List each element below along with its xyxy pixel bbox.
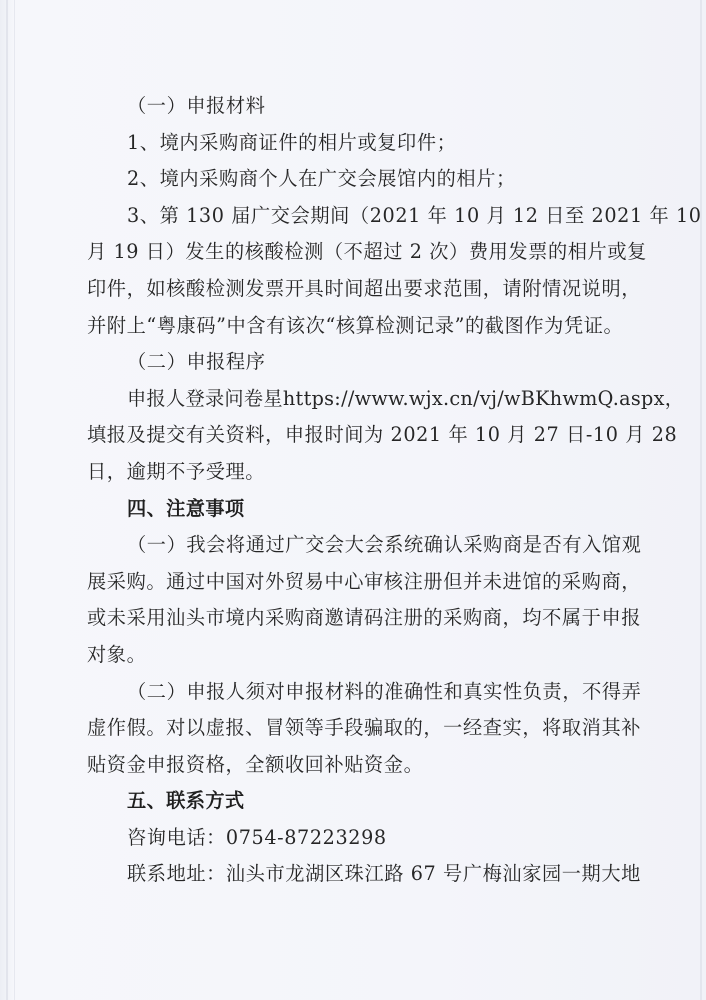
subheading-text: （一）申报材料 xyxy=(87,88,609,125)
paragraph-line: 2、境内采购商个人在广交会展馆内的相片； xyxy=(87,161,609,198)
paragraph-line: 并附上“粤康码”中含有该次“核算检测记录”的截图作为凭证。 xyxy=(87,308,609,345)
paragraph-line: 咨询电话：0754-87223298 xyxy=(87,820,609,857)
paragraph-line: 填报及提交有关资料，申报时间为 2021 年 10 月 27 日-10 月 28 xyxy=(87,417,609,454)
paragraph-line: 虚作假。对以虚报、冒领等手段骗取的，一经查实，将取消其补 xyxy=(87,710,609,747)
scan-edge-right xyxy=(700,0,702,1000)
scan-edge-left xyxy=(6,0,8,1000)
paragraph-line: 或未采用汕头市境内采购商邀请码注册的采购商，均不属于申报 xyxy=(87,600,609,637)
paragraph-line: （二）申报人须对申报材料的准确性和真实性负责，不得弄 xyxy=(87,674,609,711)
paragraph-line: 月 19 日）发生的核酸检测（不超过 2 次）费用发票的相片或复 xyxy=(87,234,609,271)
heading-text: 四、注意事项 xyxy=(87,491,609,528)
scanned-document-page: （一）申报材料 1、境内采购商证件的相片或复印件； 2、境内采购商个人在广交会展… xyxy=(0,0,706,1000)
notes-paragraph-1: （一）我会将通过广交会大会系统确认采购商是否有入馆观 展采购。通过中国对外贸易中… xyxy=(87,527,609,673)
contact-phone: 咨询电话：0754-87223298 xyxy=(87,820,609,857)
paragraph-line: 联系地址：汕头市龙湖区珠江路 67 号广梅汕家园一期大地 xyxy=(87,856,609,893)
heading-contact: 五、联系方式 xyxy=(87,783,609,820)
document-body: （一）申报材料 1、境内采购商证件的相片或复印件； 2、境内采购商个人在广交会展… xyxy=(87,88,609,893)
paragraph-line: 1、境内采购商证件的相片或复印件； xyxy=(87,125,609,162)
notes-paragraph-2: （二）申报人须对申报材料的准确性和真实性负责，不得弄 虚作假。对以虚报、冒领等手… xyxy=(87,674,609,784)
paragraph-line: （一）我会将通过广交会大会系统确认采购商是否有入馆观 xyxy=(87,527,609,564)
paragraph-line: 日，逾期不予受理。 xyxy=(87,454,609,491)
paragraph-line: 3、第 130 届广交会期间（2021 年 10 月 12 日至 2021 年 … xyxy=(87,198,609,235)
paragraph-line: 对象。 xyxy=(87,637,609,674)
subheading-application-materials: （一）申报材料 xyxy=(87,88,609,125)
paragraph-line: 贴资金申报资格，全额收回补贴资金。 xyxy=(87,747,609,784)
item-2-venue-photo: 2、境内采购商个人在广交会展馆内的相片； xyxy=(87,161,609,198)
paragraph-line: 印件，如核酸检测发票开具时间超出要求范围，请附情况说明， xyxy=(87,271,609,308)
paragraph-line-with-url: 申报人登录问卷星https://www.wjx.cn/vj/wBKhwmQ.as… xyxy=(87,381,609,418)
subheading-application-procedure: （二）申报程序 xyxy=(87,344,609,381)
procedure-paragraph: 申报人登录问卷星https://www.wjx.cn/vj/wBKhwmQ.as… xyxy=(87,381,609,491)
paragraph-line: 展采购。通过中国对外贸易中心审核注册但并未进馆的采购商， xyxy=(87,564,609,601)
contact-address: 联系地址：汕头市龙湖区珠江路 67 号广梅汕家园一期大地 xyxy=(87,856,609,893)
item-3-nucleic-acid-invoice: 3、第 130 届广交会期间（2021 年 10 月 12 日至 2021 年 … xyxy=(87,198,609,344)
item-1-id-photo: 1、境内采购商证件的相片或复印件； xyxy=(87,125,609,162)
scan-edge-left-inner xyxy=(14,0,15,1000)
heading-notes: 四、注意事项 xyxy=(87,491,609,528)
heading-text: 五、联系方式 xyxy=(87,783,609,820)
subheading-text: （二）申报程序 xyxy=(87,344,609,381)
